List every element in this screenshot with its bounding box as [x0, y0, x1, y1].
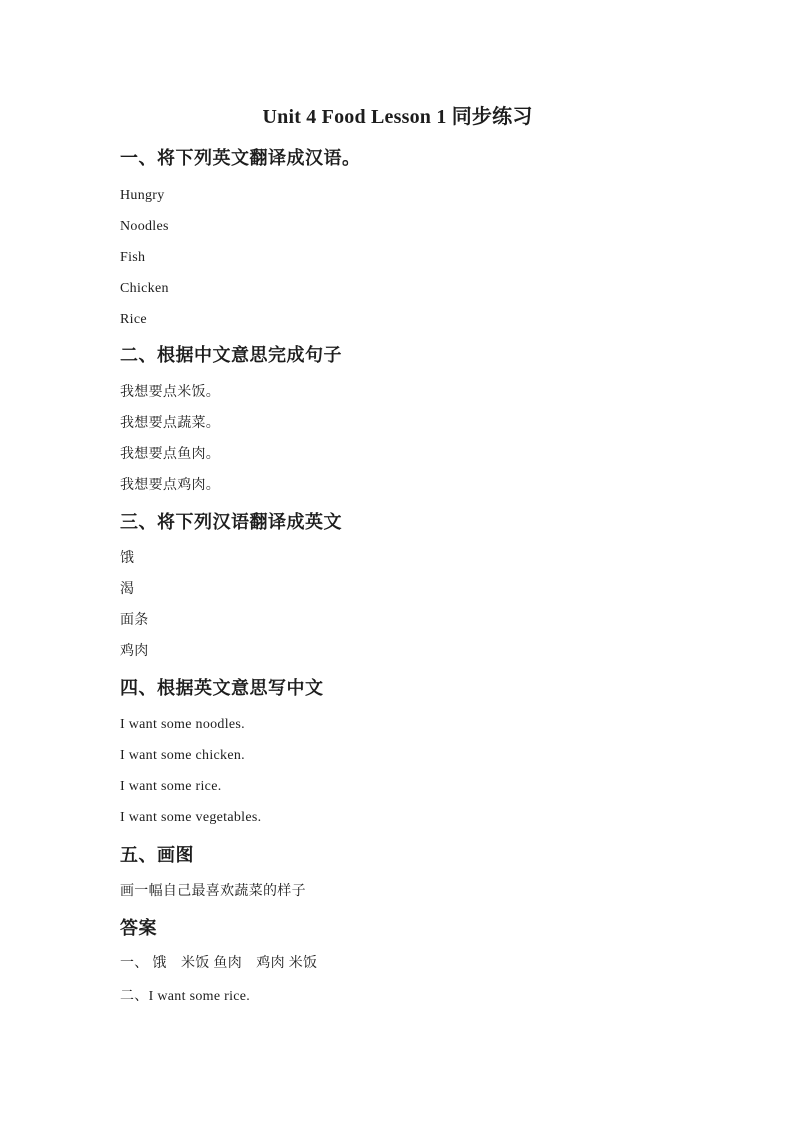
section-drawing: 五、画图 画一幅自己最喜欢蔬菜的样子 — [120, 840, 675, 907]
section-write-chinese-meaning: 四、根据英文意思写中文 I want some noodles. I want … — [120, 673, 675, 833]
exercise-item: Hungry — [120, 180, 675, 211]
exercise-item: 我想要点蔬菜。 — [120, 408, 675, 439]
answer-item: 一、 饿 米饭 鱼肉 鸡肉 米饭 — [120, 948, 675, 979]
exercise-item: I want some noodles. — [120, 709, 675, 740]
section-answers: 答案 一、 饿 米饭 鱼肉 鸡肉 米饭 二、I want some rice. — [120, 913, 675, 1012]
section-complete-sentences: 二、根据中文意思完成句子 我想要点米饭。 我想要点蔬菜。 我想要点鱼肉。 我想要… — [120, 340, 675, 501]
exercise-item: 鸡肉 — [120, 636, 675, 667]
exercise-item: Rice — [120, 304, 675, 335]
section-4-heading: 四、根据英文意思写中文 — [120, 673, 675, 704]
exercise-item: 饿 — [120, 543, 675, 574]
exercise-item: Noodles — [120, 211, 675, 242]
exercise-item: 我想要点米饭。 — [120, 377, 675, 408]
exercise-item: I want some chicken. — [120, 740, 675, 771]
section-3-heading: 三、将下列汉语翻译成英文 — [120, 507, 675, 538]
worksheet-content: Unit 4 Food Lesson 1 同步练习 一、将下列英文翻译成汉语。 … — [0, 102, 793, 1012]
answer-item: 二、I want some rice. — [120, 981, 675, 1012]
exercise-item: I want some rice. — [120, 771, 675, 802]
worksheet-page: Unit 4 Food Lesson 1 同步练习 一、将下列英文翻译成汉语。 … — [0, 0, 793, 1122]
exercise-item: 画一幅自己最喜欢蔬菜的样子 — [120, 876, 675, 907]
answers-heading: 答案 — [120, 913, 675, 944]
exercise-item: I want some vegetables. — [120, 802, 675, 833]
exercise-item: 我想要点鱼肉。 — [120, 439, 675, 470]
exercise-item: Chicken — [120, 273, 675, 304]
exercise-item: 我想要点鸡肉。 — [120, 470, 675, 501]
exercise-item: 渴 — [120, 574, 675, 605]
exercise-item: Fish — [120, 242, 675, 273]
exercise-item: 面条 — [120, 605, 675, 636]
section-translate-english-to-chinese: 一、将下列英文翻译成汉语。 Hungry Noodles Fish Chicke… — [120, 143, 675, 335]
section-translate-chinese-to-english: 三、将下列汉语翻译成英文 饿 渴 面条 鸡肉 — [120, 507, 675, 667]
page-title: Unit 4 Food Lesson 1 同步练习 — [120, 102, 675, 133]
section-5-heading: 五、画图 — [120, 840, 675, 871]
section-2-heading: 二、根据中文意思完成句子 — [120, 340, 675, 371]
section-1-heading: 一、将下列英文翻译成汉语。 — [120, 143, 675, 174]
